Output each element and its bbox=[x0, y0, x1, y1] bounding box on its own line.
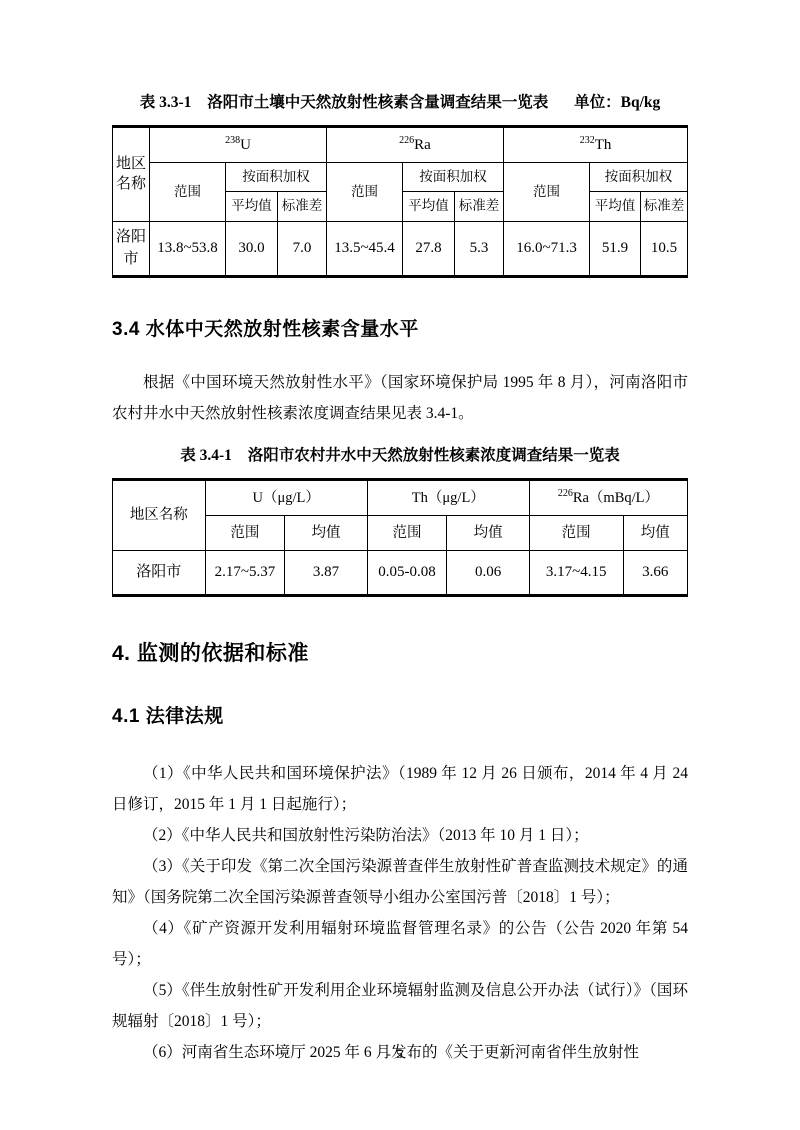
t1-header-std-ra: 标准差 bbox=[455, 192, 504, 221]
t1-header-mean-u: 平均值 bbox=[226, 192, 278, 221]
document-page: 表 3.3-1 洛阳市土壤中天然放射性核素含量调查结果一览表 单位：Bq/kg … bbox=[0, 0, 800, 1130]
t1-header-isotope-ra: 226Ra bbox=[327, 127, 504, 163]
t1-cell-ra-mean: 27.8 bbox=[403, 221, 455, 276]
t2-cell-ra-range: 3.17~4.15 bbox=[529, 551, 623, 596]
t1-header-range-th: 范围 bbox=[504, 163, 590, 221]
t2-cell-region: 洛阳市 bbox=[113, 551, 206, 596]
t1-cell-th-range: 16.0~71.3 bbox=[504, 221, 590, 276]
isotope-mass: 238 bbox=[225, 135, 240, 146]
t2-header-mean-th: 均值 bbox=[447, 515, 530, 550]
t1-header-weighted-ra: 按面积加权 bbox=[403, 163, 504, 192]
t1-header-range-u: 范围 bbox=[150, 163, 226, 221]
section-3-4-heading: 3.4 水体中天然放射性核素含量水平 bbox=[112, 314, 688, 341]
nuclide-label: U（μg/L） bbox=[252, 490, 319, 506]
t1-cell-u-range: 13.8~53.8 bbox=[150, 221, 226, 276]
t2-header-region: 地区名称 bbox=[113, 479, 206, 551]
t1-header-range-ra: 范围 bbox=[327, 163, 403, 221]
nuclide-label: Ra（mBq/L） bbox=[573, 490, 659, 506]
t1-header-isotope-th: 232Th bbox=[504, 127, 688, 163]
section-4-heading: 4. 监测的依据和标准 bbox=[112, 637, 688, 667]
table-3-4-1-caption: 表 3.4-1 洛阳市农村井水中天然放射性核素浓度调查结果一览表 bbox=[112, 443, 688, 465]
t1-data-row: 洛阳市 13.8~53.8 30.0 7.0 13.5~45.4 27.8 5.… bbox=[113, 221, 688, 276]
section-3-4-paragraph: 根据《中国环境天然放射性水平》（国家环境保护局 1995 年 8 月），河南洛阳… bbox=[112, 367, 688, 429]
t1-header-mean-th: 平均值 bbox=[590, 192, 641, 221]
table-3-3-1-caption-unit: 单位：Bq/kg bbox=[574, 94, 660, 111]
t1-header-std-u: 标准差 bbox=[278, 192, 327, 221]
isotope-symbol: U bbox=[240, 137, 251, 153]
table-3-3-1-caption: 表 3.3-1 洛阳市土壤中天然放射性核素含量调查结果一览表 单位：Bq/kg bbox=[112, 90, 688, 112]
t2-cell-th-range: 0.05-0.08 bbox=[367, 551, 447, 596]
t1-header-weighted-u: 按面积加权 bbox=[226, 163, 327, 192]
t2-cell-th-mean: 0.06 bbox=[447, 551, 530, 596]
t2-cell-u-range: 2.17~5.37 bbox=[205, 551, 285, 596]
legal-item-1: （1）《中华人民共和国环境保护法》（1989 年 12 月 26 日颁布，201… bbox=[112, 758, 688, 820]
isotope-mass: 226 bbox=[399, 135, 414, 146]
t2-cell-u-mean: 3.87 bbox=[285, 551, 368, 596]
t1-cell-ra-std: 5.3 bbox=[455, 221, 504, 276]
t2-header-range-u: 范围 bbox=[205, 515, 285, 550]
table-3-3-1: 地区名称 238U 226Ra 232Th 范围 按面积加权 范围 按面积加权 … bbox=[112, 125, 688, 278]
nuclide-label: Th（μg/L） bbox=[412, 490, 485, 506]
table-3-3-1-caption-label: 表 3.3-1 bbox=[140, 94, 192, 111]
table-3-4-1-caption-title: 洛阳市农村井水中天然放射性核素浓度调查结果一览表 bbox=[248, 447, 620, 464]
page-number: - 5 - bbox=[0, 1046, 800, 1062]
t1-cell-u-std: 7.0 bbox=[278, 221, 327, 276]
t2-data-row: 洛阳市 2.17~5.37 3.87 0.05-0.08 0.06 3.17~4… bbox=[113, 551, 688, 596]
t1-header-std-th: 标准差 bbox=[641, 192, 688, 221]
table-3-4-1-caption-label: 表 3.4-1 bbox=[180, 447, 232, 464]
t2-cell-ra-mean: 3.66 bbox=[623, 551, 688, 596]
t1-cell-region: 洛阳市 bbox=[113, 221, 150, 276]
table-3-3-1-caption-title: 洛阳市土壤中天然放射性核素含量调查结果一览表 bbox=[207, 94, 548, 111]
t2-header-range-th: 范围 bbox=[367, 515, 447, 550]
t2-header-ra: 226Ra（mBq/L） bbox=[529, 479, 687, 515]
t2-header-mean-ra: 均值 bbox=[623, 515, 688, 550]
t1-cell-u-mean: 30.0 bbox=[226, 221, 278, 276]
t1-header-isotope-u: 238U bbox=[150, 127, 327, 163]
t2-header-th: Th（μg/L） bbox=[367, 479, 529, 515]
t2-header-range-ra: 范围 bbox=[529, 515, 623, 550]
legal-item-4: （4）《矿产资源开发利用辐射环境监督管理名录》的公告（公告 2020 年第 54… bbox=[112, 913, 688, 975]
t2-header-mean-u: 均值 bbox=[285, 515, 368, 550]
t1-header-region: 地区名称 bbox=[113, 127, 150, 222]
table-3-4-1: 地区名称 U（μg/L） Th（μg/L） 226Ra（mBq/L） 范围 均值… bbox=[112, 478, 688, 597]
isotope-symbol: Th bbox=[595, 137, 612, 153]
t1-header-weighted-th: 按面积加权 bbox=[590, 163, 688, 192]
section-4-1-heading: 4.1 法律法规 bbox=[112, 701, 688, 728]
t1-cell-ra-range: 13.5~45.4 bbox=[327, 221, 403, 276]
legal-item-5: （5）《伴生放射性矿开发利用企业环境辐射监测及信息公开办法（试行）》（国环规辐射… bbox=[112, 975, 688, 1037]
t1-cell-th-mean: 51.9 bbox=[590, 221, 641, 276]
legal-item-2: （2）《中华人民共和国放射性污染防治法》（2013 年 10 月 1 日）； bbox=[112, 820, 688, 851]
legal-item-3: （3）《关于印发《第二次全国污染源普查伴生放射性矿普查监测技术规定》的通知》（国… bbox=[112, 851, 688, 913]
legal-reference-list: （1）《中华人民共和国环境保护法》（1989 年 12 月 26 日颁布，201… bbox=[112, 758, 688, 1068]
t1-cell-th-std: 10.5 bbox=[641, 221, 688, 276]
t2-header-u: U（μg/L） bbox=[205, 479, 367, 515]
nuclide-mass: 226 bbox=[558, 488, 573, 499]
t1-header-mean-ra: 平均值 bbox=[403, 192, 455, 221]
isotope-mass: 232 bbox=[580, 135, 595, 146]
isotope-symbol: Ra bbox=[414, 137, 431, 153]
